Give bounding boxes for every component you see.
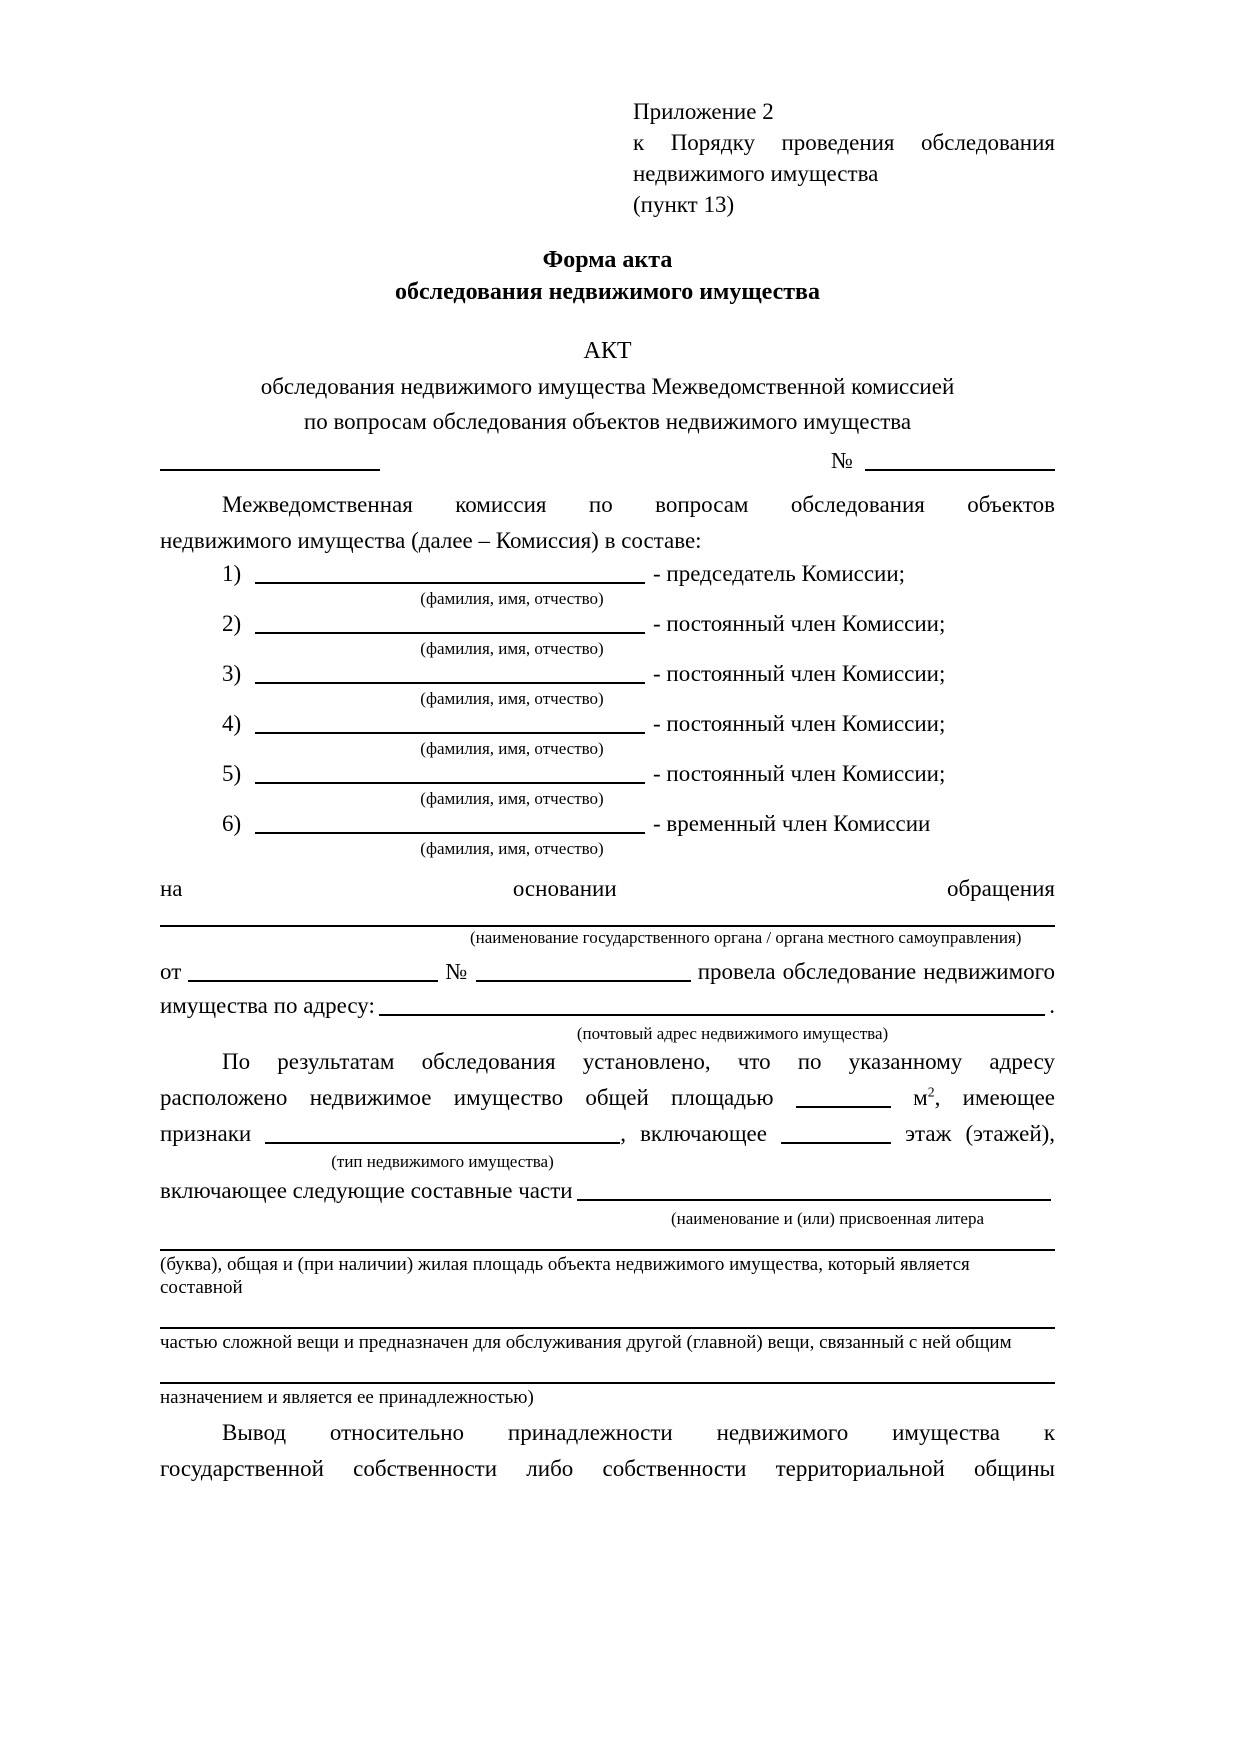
annex-line: к Порядку проведения обследования: [633, 127, 1055, 158]
members-list: 1)- председатель Комиссии; (фамилия, имя…: [160, 559, 1055, 859]
address-caption: (почтовый адрес недвижимого имущества): [420, 1023, 1045, 1044]
results-paragraph: По результатам обследования установлено,…: [160, 1044, 1055, 1172]
annex-line: Приложение 2: [633, 96, 1055, 127]
form-title: Форма акта обследования недвижимого имущ…: [160, 244, 1055, 308]
conducted-text: провела обследование недвижимого: [698, 959, 1055, 984]
annex-line: (пункт 13): [633, 189, 1055, 220]
note-underline: [160, 1327, 1055, 1329]
from-date-blank: [188, 960, 438, 982]
from-label: от: [160, 959, 181, 984]
act-subtitle: обследования недвижимого имущества Межве…: [160, 369, 1055, 439]
member-role: - постоянный член Комиссии;: [653, 611, 945, 636]
intro-paragraph: Межведомственная комиссия по вопросам об…: [160, 487, 1055, 559]
member-name-blank: [255, 762, 645, 784]
member-row: 1)- председатель Комиссии; (фамилия, имя…: [160, 559, 1055, 609]
annex-block: Приложение 2 к Порядку проведения обслед…: [633, 96, 1055, 220]
annex-line: недвижимого имущества: [633, 158, 1055, 189]
address-blank: [379, 994, 1045, 1016]
intro-line: Межведомственная комиссия по вопросам об…: [160, 487, 1055, 523]
member-row: 3)- постоянный член Комиссии; (фамилия, …: [160, 659, 1055, 709]
act-number-blank: [865, 449, 1055, 471]
area-blank: [796, 1086, 891, 1108]
form-title-line: Форма акта: [160, 244, 1055, 276]
fio-caption: (фамилия, имя, отчество): [317, 789, 707, 809]
act-subtitle-line: обследования недвижимого имущества Межве…: [160, 369, 1055, 404]
address-prefix: имущества по адресу:: [160, 988, 375, 1023]
org-caption: (наименование государственного органа / …: [470, 927, 1055, 949]
member-number: 6): [222, 809, 255, 839]
member-role: - временный член Комиссии: [653, 811, 930, 836]
components-text: включающее следующие составные части: [160, 1174, 573, 1208]
type-blank: [265, 1122, 620, 1144]
document-page: Приложение 2 к Порядку проведения обслед…: [0, 0, 1240, 1754]
results-text: этаж (этажей),: [905, 1121, 1055, 1146]
number-sign: №: [445, 959, 468, 984]
results-line: расположено недвижимое имущество общей п…: [160, 1080, 1055, 1116]
member-row: 4)- постоянный член Комиссии; (фамилия, …: [160, 709, 1055, 759]
member-name-blank: [255, 562, 645, 584]
note-text: (буква), общая и (при наличии) жилая пло…: [160, 1253, 1055, 1299]
member-role: - постоянный член Комиссии;: [653, 711, 945, 736]
member-number: 3): [222, 659, 255, 689]
results-line: По результатам обследования установлено,…: [160, 1044, 1055, 1080]
member-number: 2): [222, 609, 255, 639]
note-underline: [160, 1382, 1055, 1384]
member-name-blank: [255, 662, 645, 684]
member-name-blank: [255, 712, 645, 734]
address-line: имущества по адресу: .: [160, 988, 1055, 1023]
from-number-line: от № провела обследование недвижимого: [160, 955, 1055, 988]
member-row: 6)- временный член Комиссии (фамилия, им…: [160, 809, 1055, 859]
conclusion-paragraph: Вывод относительно принадлежности недвиж…: [160, 1415, 1055, 1487]
type-caption: (тип недвижимого имущества): [265, 1152, 620, 1172]
note-underline: [160, 1249, 1055, 1251]
form-title-line: обследования недвижимого имущества: [160, 276, 1055, 308]
conclusion-line: государственной собственности либо собст…: [160, 1451, 1055, 1487]
fio-caption: (фамилия, имя, отчество): [317, 739, 707, 759]
components-blank: [577, 1179, 1051, 1201]
act-number-group: №: [831, 445, 1055, 477]
conclusion-line: Вывод относительно принадлежности недвиж…: [160, 1415, 1055, 1451]
act-heading: АКТ: [160, 334, 1055, 369]
fio-caption: (фамилия, имя, отчество): [317, 689, 707, 709]
member-number: 1): [222, 559, 255, 589]
number-sign: №: [831, 448, 853, 473]
note-text: назначением и является ее принадлежность…: [160, 1386, 1055, 1409]
act-number-row: №: [160, 445, 1055, 477]
member-role: - постоянный член Комиссии;: [653, 761, 945, 786]
act-subtitle-line: по вопросам обследования объектов недвиж…: [160, 404, 1055, 439]
note-text: частью сложной вещи и предназначен для о…: [160, 1331, 1055, 1354]
address-period: .: [1049, 988, 1055, 1023]
intro-line: недвижимого имущества (далее – Комиссия)…: [160, 523, 1055, 559]
results-text: признаки: [160, 1121, 251, 1146]
doc-number-blank: [476, 960, 691, 982]
member-role: - председатель Комиссии;: [653, 561, 905, 586]
fio-caption: (фамилия, имя, отчество): [317, 639, 707, 659]
floors-blank: [781, 1122, 891, 1144]
components-line: включающее следующие составные части: [160, 1174, 1055, 1208]
member-row: 2)- постоянный член Комиссии; (фамилия, …: [160, 609, 1055, 659]
member-row: 5)- постоянный член Комиссии; (фамилия, …: [160, 759, 1055, 809]
member-name-blank: [255, 612, 645, 634]
results-line: признаки , включающее этаж (этажей),: [160, 1116, 1055, 1152]
date-blank: [160, 449, 380, 471]
member-name-blank: [255, 812, 645, 834]
unit-m2: м2, имеющее: [913, 1085, 1055, 1110]
fio-caption: (фамилия, имя, отчество): [317, 589, 707, 609]
member-number: 4): [222, 709, 255, 739]
components-caption: (наименование и (или) присвоенная литера: [600, 1208, 1055, 1229]
results-text: , включающее: [620, 1121, 767, 1146]
results-text: расположено недвижимое имущество общей п…: [160, 1085, 774, 1110]
member-number: 5): [222, 759, 255, 789]
basis-line: на основании обращения: [160, 873, 1055, 905]
member-role: - постоянный член Комиссии;: [653, 661, 945, 686]
fio-caption: (фамилия, имя, отчество): [317, 839, 707, 859]
